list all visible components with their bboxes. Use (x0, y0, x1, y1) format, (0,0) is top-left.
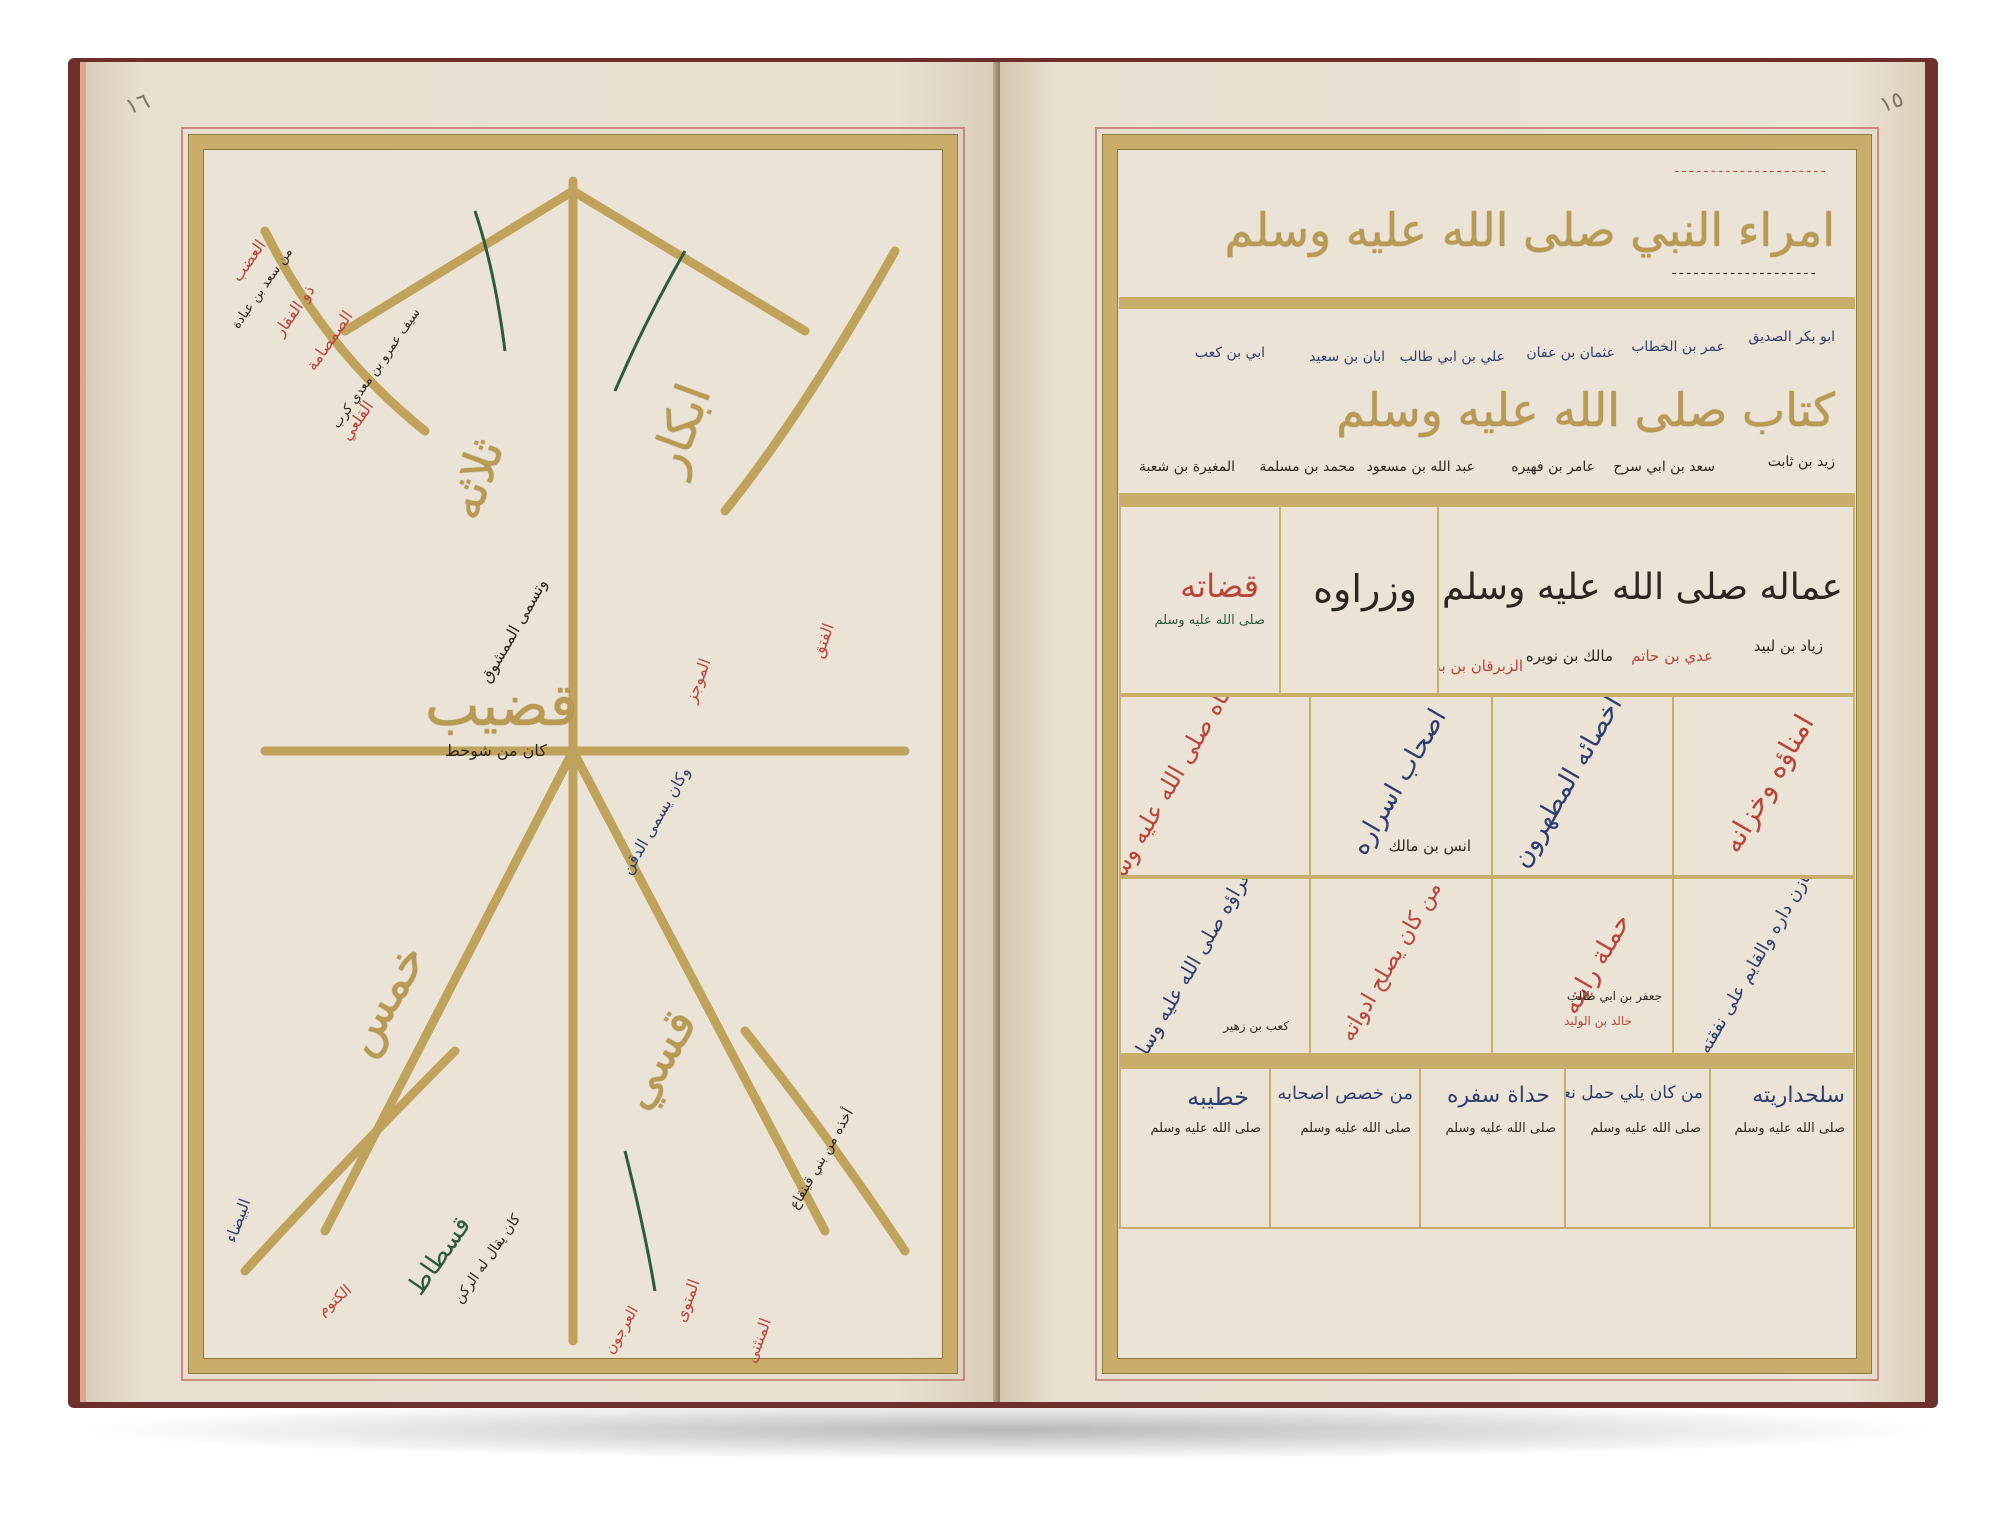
panel-naal: من كان يلي حمل نعله صلى الله عليه وسلم (1564, 1067, 1711, 1229)
panel-akhissa: اخصائه المطهرون (1491, 695, 1674, 877)
gold-diagram-strokes (205, 151, 941, 1357)
right-folio-number: ١٥ (1876, 87, 1907, 119)
panel-umara: امراء النبي صلى الله عليه وسلم ـ ـ ـ ـ ـ… (1119, 151, 1855, 309)
scribe-name-1: ابو بكر الصديق (1749, 329, 1836, 345)
scribe-name-7: زيد بن ثابت (1768, 454, 1835, 470)
scribe-name-2: عمر بن الخطاب (1631, 339, 1725, 355)
scribe-name-4: علي بن ابي طالب (1400, 349, 1505, 365)
bearer-name-2: خالد بن الوليد (1564, 1014, 1632, 1028)
panel-heading: من كان يصلح ادواته (1335, 877, 1447, 1045)
panel-subheading: صلى الله عليه وسلم (1591, 1121, 1702, 1136)
panel-wuzara: وزراوه (1279, 505, 1439, 695)
names-red-row: ـ ـ ـ ـ ـ ـ ـ ـ ـ ـ ـ ـ ـ ـ ـ ـ ـ ـ ـ ـ … (1675, 161, 1825, 175)
panel-rufaqa: رفقاه صلى الله عليه وسلم (1119, 695, 1311, 877)
panel-heading: حداة سفره (1447, 1083, 1550, 1108)
panel-heading: كتاب صلى الله عليه وسلم (1336, 383, 1835, 437)
left-page: ١٦ (80, 62, 1006, 1402)
panel-umana: امناؤه وخزانه (1672, 695, 1855, 877)
bearer-name-1: جعفر بن ابي طالب (1567, 989, 1662, 1003)
panel-heading: من خصص اصحابه (1277, 1083, 1413, 1104)
panel-adawat: من كان يصلح ادواته (1309, 877, 1493, 1055)
names-black-row: ـ ـ ـ ـ ـ ـ ـ ـ ـ ـ ـ ـ ـ ـ ـ ـ ـ ـ ـ ـ (1672, 263, 1815, 277)
right-page-frame: امراء النبي صلى الله عليه وسلم ـ ـ ـ ـ ـ… (1095, 127, 1879, 1381)
scribe-name-12: المغيرة بن شعبة (1139, 459, 1235, 475)
right-page: ١٥ امراء النبي صلى الله عليه وسلم ـ ـ ـ … (1000, 62, 1925, 1402)
panel-heading: سلحداريته (1752, 1083, 1845, 1108)
panel-heading: امراء النبي صلى الله عليه وسلم (1225, 203, 1835, 257)
panel-subheading: صلى الله عليه وسلم (1151, 1121, 1262, 1136)
panel-heading: اخصائه المطهرون (1506, 695, 1628, 873)
panel-subheading: صلى الله عليه وسلم (1446, 1121, 1557, 1136)
scribe-name-8: سعد بن ابي سرح (1613, 459, 1715, 475)
panel-heading: رفقاه صلى الله عليه وسلم (1119, 695, 1250, 877)
official-name-4: الزبرقان بن بدر (1437, 657, 1523, 675)
panel-khatib: خطيبه صلى الله عليه وسلم (1119, 1067, 1271, 1229)
panel-subheading: صلى الله عليه وسلم (1301, 1121, 1412, 1136)
panel-heading: خازن داره والقايم على نفقته (1694, 877, 1819, 1055)
scribe-name-3: عثمان بن عفان (1526, 345, 1615, 361)
book-shadow (70, 1400, 1950, 1460)
panel-kuttab: كتاب صلى الله عليه وسلم ابو بكر الصديق ع… (1119, 309, 1855, 505)
panel-heading: امناؤه وخزانه (1715, 709, 1820, 859)
panel-heading: عماله صلى الله عليه وسلم (1442, 567, 1843, 608)
panel-qudat: قضاته صلى الله عليه وسلم (1119, 505, 1281, 695)
panel-silahdar: سلحداريته صلى الله عليه وسلم (1709, 1067, 1855, 1229)
panel-heading: خطيبه (1187, 1083, 1249, 1111)
panel-hudat: حداة سفره صلى الله عليه وسلم (1419, 1067, 1566, 1229)
panel-ummal: عماله صلى الله عليه وسلم زياد بن لبيد عد… (1437, 505, 1855, 695)
panel-shuara: شعراؤه صلى الله عليه وسلم كعب بن زهير (1119, 877, 1311, 1055)
panel-khazin: خازن داره والقايم على نفقته (1672, 877, 1855, 1055)
scribe-name-6: ابي بن كعب (1195, 345, 1265, 361)
poet-name: كعب بن زهير (1223, 1019, 1289, 1033)
panel-heading: قضاته (1180, 567, 1259, 605)
panel-grid: امراء النبي صلى الله عليه وسلم ـ ـ ـ ـ ـ… (1119, 151, 1855, 1357)
panel-subheading: صلى الله عليه وسلم (1155, 613, 1266, 628)
center-word-qadib: قضيب (425, 671, 577, 739)
scribe-name-10: عبد الله بن مسعود (1367, 459, 1475, 475)
panel-ashab-asrar: اصحاب اسراره انس بن مالك (1309, 695, 1493, 877)
official-name-3: مالك بن نويره (1526, 647, 1613, 665)
panel-subheading: صلى الله عليه وسلم (1735, 1121, 1846, 1136)
official-name-1: زياد بن لبيد (1754, 637, 1823, 655)
confidant-name: انس بن مالك (1389, 837, 1471, 855)
panel-khassas: من خصص اصحابه صلى الله عليه وسلم (1269, 1067, 1421, 1229)
calligraphic-diagram: قضيب ثلاثه ابكار خمس قسي كان من شوحط وتس… (205, 151, 941, 1357)
official-name-2: عدي بن حاتم (1631, 647, 1713, 665)
left-page-frame: قضيب ثلاثه ابكار خمس قسي كان من شوحط وتس… (181, 127, 965, 1381)
label-qadib-note: كان من شوحط (445, 741, 547, 760)
panel-hamalat-raya: حملة رايته جعفر بن ابي طالب خالد بن الول… (1491, 877, 1674, 1055)
gold-divider (1119, 1055, 1855, 1067)
scribe-name-9: عامر بن فهيره (1511, 459, 1595, 475)
panel-heading: وزراوه (1313, 567, 1417, 611)
panel-heading: من كان يلي حمل نعله (1564, 1083, 1703, 1103)
scribe-name-11: محمد بن مسلمة (1259, 459, 1355, 475)
scribe-name-5: ابان بن سعيد (1309, 349, 1385, 365)
left-folio-number: ١٦ (122, 89, 153, 121)
